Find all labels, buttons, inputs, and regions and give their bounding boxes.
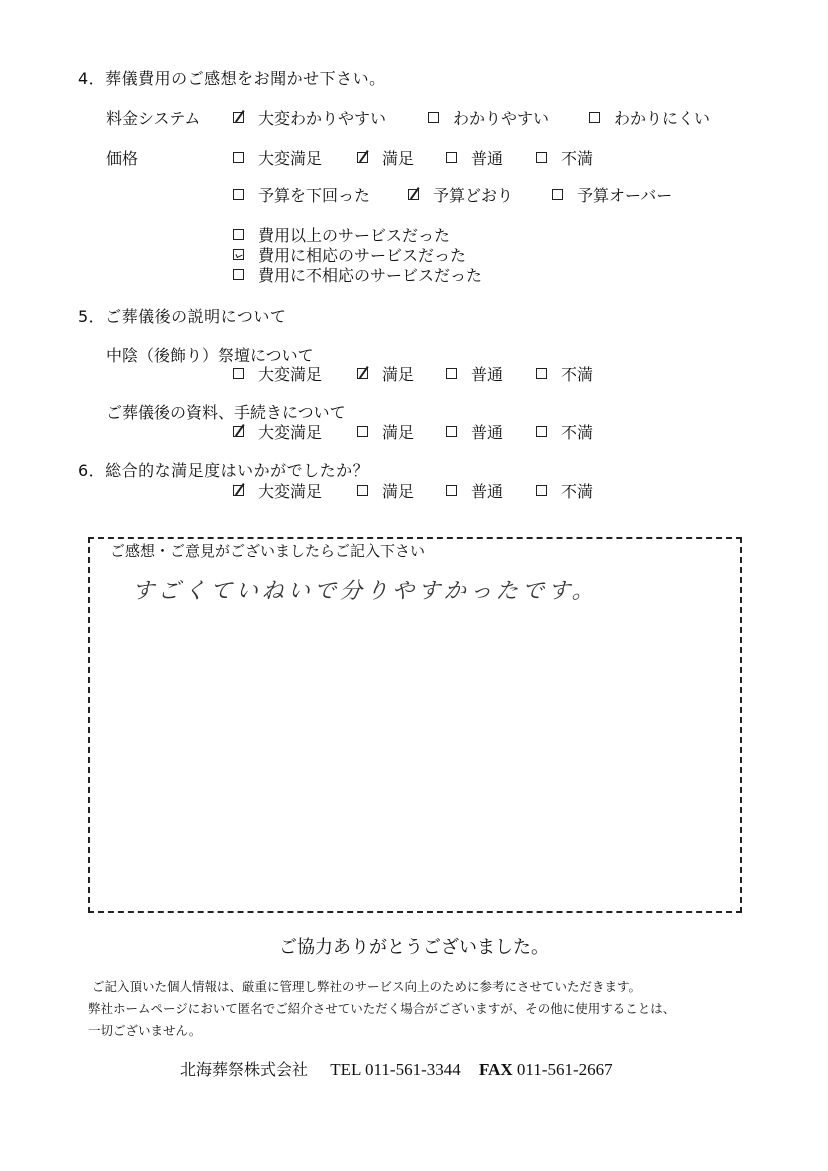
option-satisfied[interactable]: 満足 [357,146,414,169]
q5-title: 5．ご葬儀後の説明について [78,304,286,327]
option-on-budget[interactable]: 予算どおり [408,183,513,206]
row-label-pricing-system: 料金システム [106,106,200,129]
privacy-notice-line-2: 弊社ホームページにおいて匿名でご紹介させていただく場合がございますが、その他に使… [88,999,675,1017]
option-satisfied[interactable]: 満足 [357,362,414,385]
thanks-message: ご協力ありがとうございました。 [0,933,828,959]
option-very-satisfied[interactable]: 大変満足 [233,479,322,502]
option-unclear[interactable]: わかりにくい [589,106,710,129]
checkbox-icon[interactable] [552,189,563,200]
row-label-price: 価格 [106,146,138,169]
checkbox-icon[interactable] [446,152,457,163]
option-service-below-cost[interactable]: 費用に不相応のサービスだった [233,263,482,286]
option-very-clear[interactable]: 大変わかりやすい [233,106,386,129]
checkbox-checked-icon[interactable] [233,426,244,437]
option-satisfied[interactable]: 満足 [357,420,414,443]
checkbox-checked-icon[interactable] [408,189,419,200]
option-dissatisfied[interactable]: 不満 [536,146,593,169]
checkbox-checked-icon[interactable] [357,368,368,379]
checkbox-icon[interactable] [536,152,547,163]
checkbox-icon[interactable] [357,485,368,496]
company-footer: 北海葬祭株式会社 TEL 011-561-3344 FAX 011-561-26… [180,1057,613,1080]
fax-number: 011-561-2667 [517,1060,613,1079]
q6-title: 6．総合的な満足度はいかがでしたか？ [78,458,369,481]
option-under-budget[interactable]: 予算を下回った [233,183,370,206]
checkbox-icon[interactable] [589,112,600,123]
checkbox-icon[interactable] [446,368,457,379]
q4-title: 4．葬儀費用のご感想をお聞かせ下さい。 [78,66,386,89]
checkbox-icon[interactable] [233,152,244,163]
checkbox-icon[interactable] [536,368,547,379]
checkbox-icon[interactable] [446,485,457,496]
option-clear[interactable]: わかりやすい [428,106,549,129]
privacy-notice-line-1: ご記入頂いた個人情報は、厳重に管理し弊社のサービス向上のために参考にさせていただ… [92,977,641,995]
option-very-satisfied[interactable]: 大変満足 [233,420,322,443]
fax-label: FAX [479,1060,513,1079]
handwritten-comment: すごくていねいで分りやすかったです。 [131,574,599,605]
option-satisfied[interactable]: 満足 [357,479,414,502]
checkbox-checked-icon[interactable] [357,152,368,163]
checkbox-checked-icon[interactable] [233,249,244,260]
checkbox-icon[interactable] [357,426,368,437]
tel-number: TEL 011-561-3344 [330,1060,460,1079]
option-over-budget[interactable]: 予算オーバー [552,183,672,206]
option-dissatisfied[interactable]: 不満 [536,362,593,385]
option-dissatisfied[interactable]: 不満 [536,420,593,443]
privacy-notice-line-3: 一切ございません。 [88,1021,201,1039]
checkbox-icon[interactable] [233,229,244,240]
option-average[interactable]: 普通 [446,479,503,502]
option-average[interactable]: 普通 [446,362,503,385]
checkbox-checked-icon[interactable] [233,485,244,496]
checkbox-icon[interactable] [233,269,244,280]
checkbox-icon[interactable] [233,189,244,200]
checkbox-icon[interactable] [536,426,547,437]
checkbox-icon[interactable] [233,368,244,379]
option-very-satisfied[interactable]: 大変満足 [233,146,322,169]
option-dissatisfied[interactable]: 不満 [536,479,593,502]
checkbox-icon[interactable] [428,112,439,123]
option-very-satisfied[interactable]: 大変満足 [233,362,322,385]
comment-label: ご感想・ご意見がございましたらご記入下さい [110,540,425,561]
checkbox-icon[interactable] [536,485,547,496]
company-name: 北海葬祭株式会社 [180,1060,308,1079]
option-average[interactable]: 普通 [446,146,503,169]
checkbox-checked-icon[interactable] [233,112,244,123]
option-average[interactable]: 普通 [446,420,503,443]
checkbox-icon[interactable] [446,426,457,437]
